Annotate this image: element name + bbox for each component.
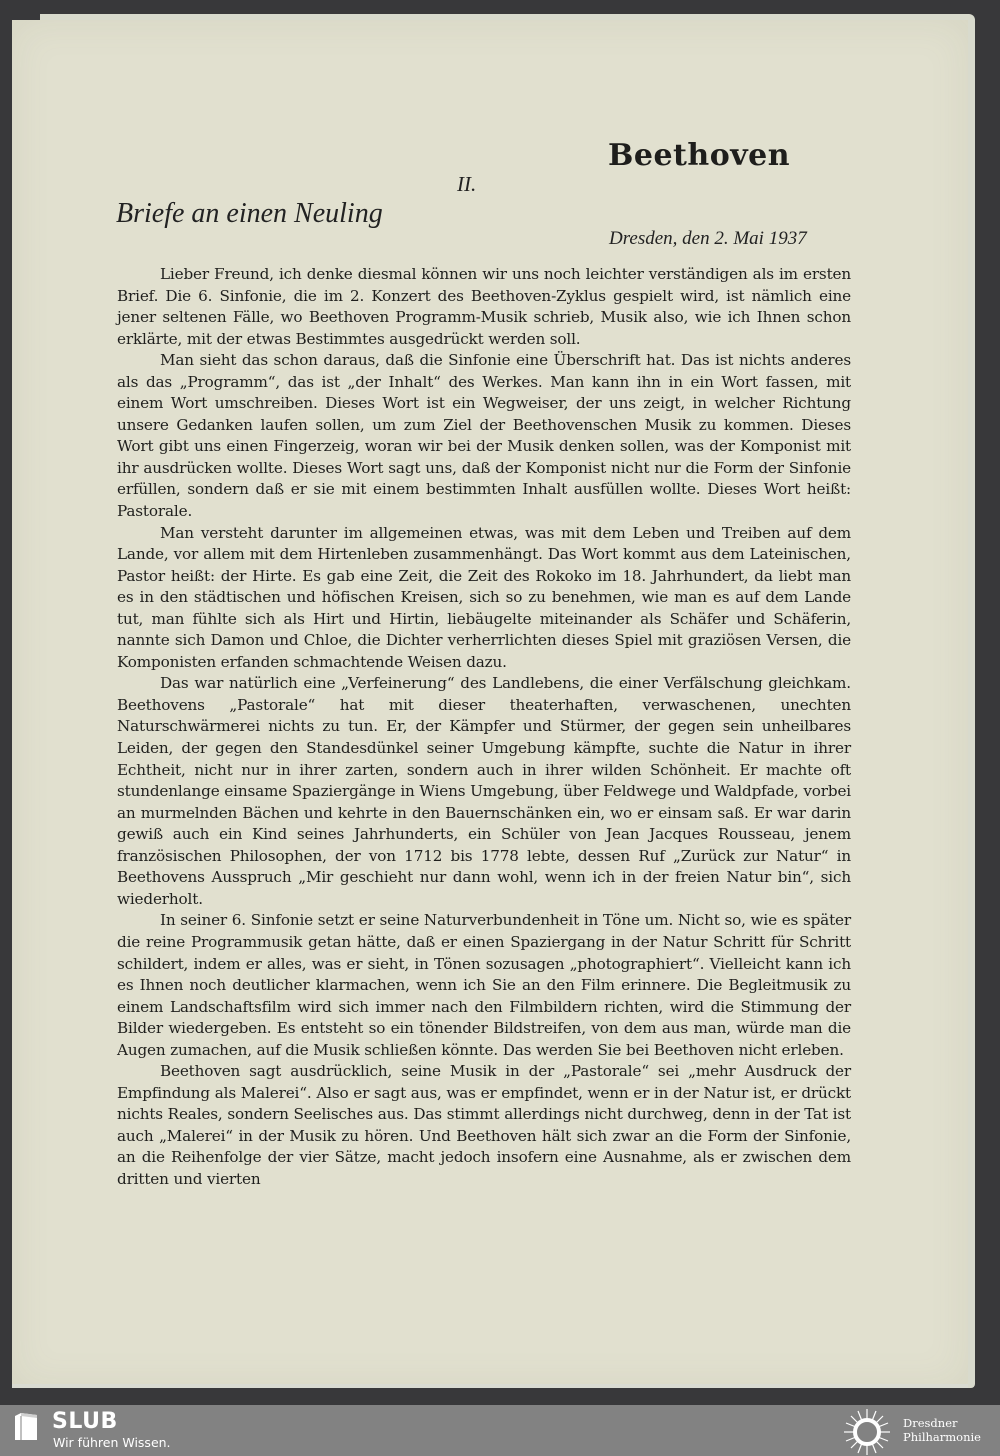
footer-bar: SLUB Wir führen Wissen. [0,1405,1000,1456]
dp-name-line2: Philharmonie [903,1430,981,1444]
paragraph: Beethoven sagt ausdrücklich, seine Musik… [117,1061,851,1190]
part-number: II. [457,172,476,197]
paragraph: Lieber Freund, ich denke diesmal können … [117,264,851,350]
slub-book-icon[interactable] [12,1412,42,1442]
document-title: Beethoven [608,138,778,173]
paragraph: Man versteht darunter im allgemeinen etw… [117,523,851,674]
paragraph: Das war natürlich eine „Verfeinerung“ de… [117,673,851,910]
dresdner-philharmonie-sunburst-icon[interactable] [842,1407,892,1456]
page-bottom-edge [12,1384,968,1388]
slub-tagline: Wir führen Wissen. [53,1435,171,1450]
paragraph: Man sieht das schon daraus, daß die Sinf… [117,350,851,522]
document-subtitle: Briefe an einen Neuling [116,198,383,230]
dp-name-line1: Dresdner [903,1416,981,1430]
paragraph: In seiner 6. Sinfonie setzt er seine Nat… [117,910,851,1061]
dateline: Dresden, den 2. Mai 1937 [609,228,807,250]
letter-body: Lieber Freund, ich denke diesmal können … [117,264,851,1191]
dresdner-philharmonie-name[interactable]: Dresdner Philharmonie [903,1416,981,1444]
slub-name[interactable]: SLUB [52,1409,118,1434]
